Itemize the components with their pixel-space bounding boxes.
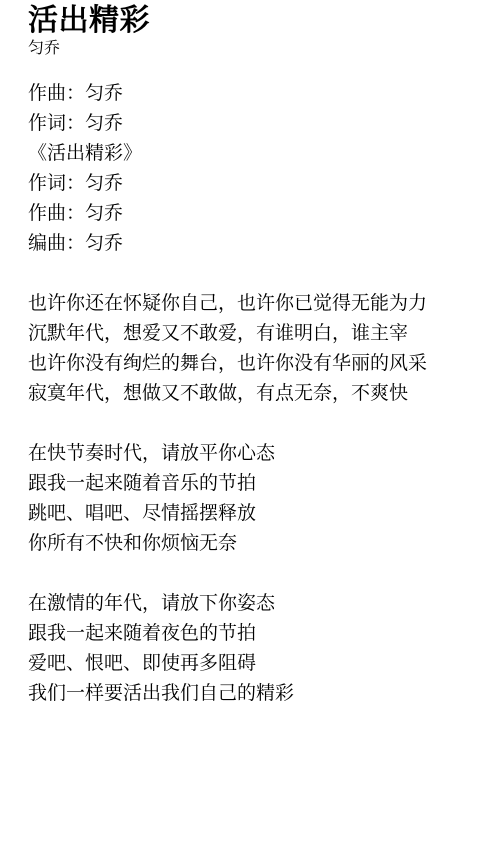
lyric-line: 跟我一起来随着音乐的节拍: [28, 469, 480, 499]
stanza-gap: [28, 409, 480, 439]
credit-line-arranger: 编曲：匀乔: [28, 229, 480, 259]
lyric-line: 你所有不快和你烦恼无奈: [28, 529, 480, 559]
stanza-gap: [28, 559, 480, 589]
credit-line-composer: 作曲：匀乔: [28, 79, 480, 109]
lyric-line: 跳吧、唱吧、尽情摇摆释放: [28, 499, 480, 529]
lyric-line: 也许你没有绚烂的舞台，也许你没有华丽的风采: [28, 349, 480, 379]
lyrics-page: 活出精彩 匀乔 作曲：匀乔 作词：匀乔 《活出精彩》 作词：匀乔 作曲：匀乔 编…: [0, 0, 500, 850]
lyric-line: 寂寞年代，想做又不敢做，有点无奈，不爽快: [28, 379, 480, 409]
credit-line-song-title: 《活出精彩》: [28, 139, 480, 169]
lyric-line: 我们一样要活出我们自己的精彩: [28, 679, 480, 709]
stanza-gap: [28, 259, 480, 289]
lyric-line: 在激情的年代，请放下你姿态: [28, 589, 480, 619]
credit-line-lyricist-2: 作词：匀乔: [28, 169, 480, 199]
page-title: 活出精彩: [28, 4, 480, 38]
artist-name: 匀乔: [28, 38, 480, 60]
lyric-line: 跟我一起来随着夜色的节拍: [28, 619, 480, 649]
credit-line-lyricist: 作词：匀乔: [28, 109, 480, 139]
lyrics-body: 作曲：匀乔 作词：匀乔 《活出精彩》 作词：匀乔 作曲：匀乔 编曲：匀乔 也许你…: [28, 79, 480, 709]
lyric-line: 也许你还在怀疑你自己，也许你已觉得无能为力: [28, 289, 480, 319]
lyric-line: 沉默年代，想爱又不敢爱，有谁明白，谁主宰: [28, 319, 480, 349]
credit-line-composer-2: 作曲：匀乔: [28, 199, 480, 229]
lyric-line: 爱吧、恨吧、即使再多阻碍: [28, 649, 480, 679]
lyric-line: 在快节奏时代，请放平你心态: [28, 439, 480, 469]
